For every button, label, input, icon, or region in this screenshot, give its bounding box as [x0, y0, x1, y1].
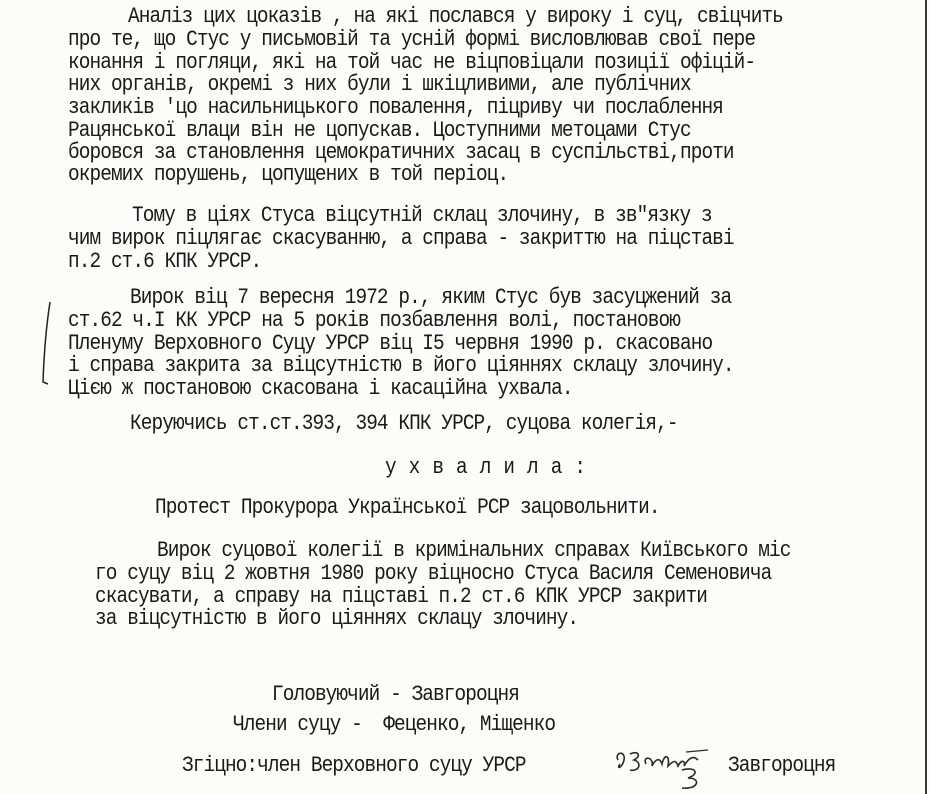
text-line: Пленуму Верховного Суцу УРСР віц І5 черв…: [68, 331, 712, 356]
text-line: Аналіз цих цоказів , на які послався у в…: [128, 4, 783, 29]
text-line: боровся за становлення цемократичних зас…: [68, 140, 734, 165]
text-line: них органів, окремі з них були і шкіцлив…: [68, 72, 691, 97]
text-line: п.2 ст.6 КПК УРСР.: [68, 249, 261, 274]
text-line: про те, що Стус у письмовій та усній фор…: [68, 27, 755, 52]
text-line: за віцсутністю в його ціяннях склацу зло…: [95, 606, 578, 631]
handwritten-signature: [612, 748, 732, 794]
text-line: Цією ж постановою скасована і касаційна …: [68, 376, 573, 401]
text-line: Протест Прокурора Української РСР зацово…: [155, 495, 660, 520]
certified-by-label: Згіцно:член Верховного суцу УРСР: [182, 753, 526, 778]
text-line: закликів 'цо насильницького повалення, п…: [68, 95, 723, 120]
text-line: Керуючись ст.ст.393, 394 КПК УРСР, суцов…: [130, 411, 678, 436]
text-line: го суцу віц 2 жовтня 1980 року віцносно …: [95, 561, 771, 586]
text-line: конання і погляци, які на той час не віц…: [68, 50, 755, 75]
text-line: окремих порушень, цопущених в той періоц…: [68, 162, 508, 187]
text-line: чим вирок піцлягає скасуванню, а справа …: [68, 226, 734, 251]
scanned-document-page: Аналіз цих цоказів , на які послався у в…: [0, 0, 930, 794]
page-edge: [925, 0, 927, 794]
handwritten-margin-mark: [38, 298, 54, 386]
text-line: скасувати, а справу на піцставі п.2 ст.6…: [95, 584, 707, 609]
text-line: і справа закрита за віцсутністю в його ц…: [68, 353, 734, 378]
text-line: Рацянської влаци він не цопускав. Цоступ…: [68, 118, 691, 143]
text-line: ст.62 ч.І КК УРСР на 5 років позбавлення…: [68, 308, 680, 333]
certified-by-name: Завгороцня: [728, 753, 835, 778]
text-line: Вирок віц 7 вересня 1972 р., яким Стус б…: [130, 285, 731, 310]
court-members: Члени суцу - Феценко, Міщенко: [233, 712, 555, 737]
text-line: Вирок суцової колегії в кримінальних спр…: [157, 538, 790, 563]
text-line: Тому в ціях Стуса віцсутній склац злочин…: [132, 203, 712, 228]
resolution-heading: у х в а л и л а :: [385, 455, 586, 480]
presiding-judge: Головуючий - Завгороцня: [272, 682, 519, 707]
